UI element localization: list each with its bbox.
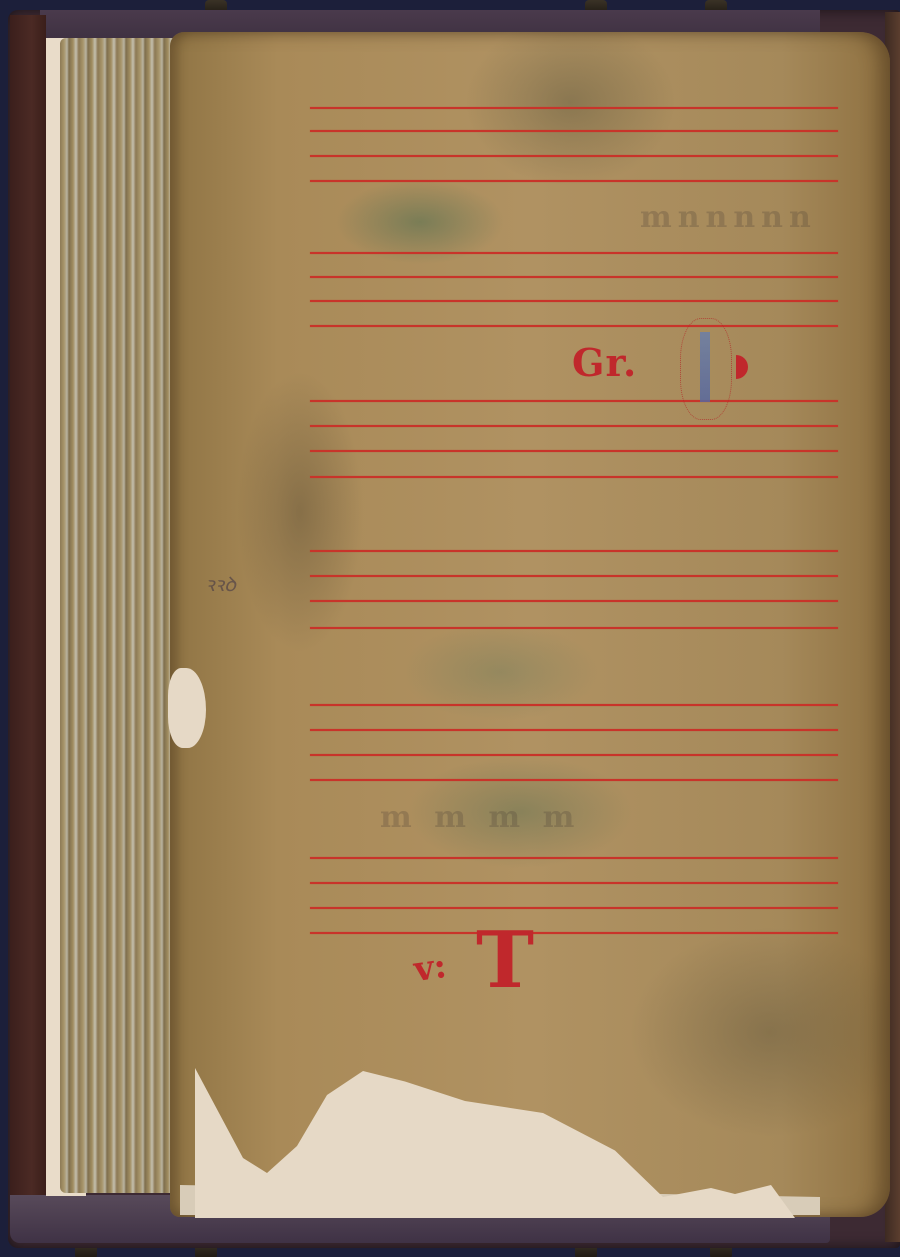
staff-line [310, 754, 838, 756]
staff-line [310, 180, 838, 182]
staff-line [310, 779, 838, 781]
staff-line [310, 627, 838, 629]
cover-spine-edge [10, 15, 46, 1235]
page-stack [60, 38, 180, 1193]
paper-repair-left [168, 668, 206, 748]
staff-line [310, 252, 838, 254]
staff-line [310, 300, 838, 302]
staff-line [310, 155, 838, 157]
staff-line [310, 400, 838, 402]
staff-line [310, 325, 838, 327]
rubric-initial-t: T [476, 922, 534, 1000]
show-through-text: m m m m [380, 800, 580, 835]
decorated-initial-i [690, 318, 720, 408]
staff-line [310, 550, 838, 552]
staff-line [310, 882, 838, 884]
staff-line [310, 425, 838, 427]
staff-line [310, 575, 838, 577]
rubric-gradual: Gr. [572, 340, 637, 385]
staff-line [310, 276, 838, 278]
staff-line [310, 729, 838, 731]
staff-line [310, 907, 838, 909]
marginal-scribble: ꝛꝛꝺ [205, 570, 236, 597]
staff-line [310, 704, 838, 706]
staff-line [310, 600, 838, 602]
show-through-text: mnnnnn [640, 200, 817, 235]
staff-line [310, 107, 838, 109]
staff-line [310, 857, 838, 859]
rubric-versus: v: [411, 946, 449, 990]
staff-line [310, 476, 838, 478]
staff-line [310, 932, 838, 934]
staff-line [310, 130, 838, 132]
staff-line [310, 450, 838, 452]
initial-blue-stem [700, 332, 710, 402]
